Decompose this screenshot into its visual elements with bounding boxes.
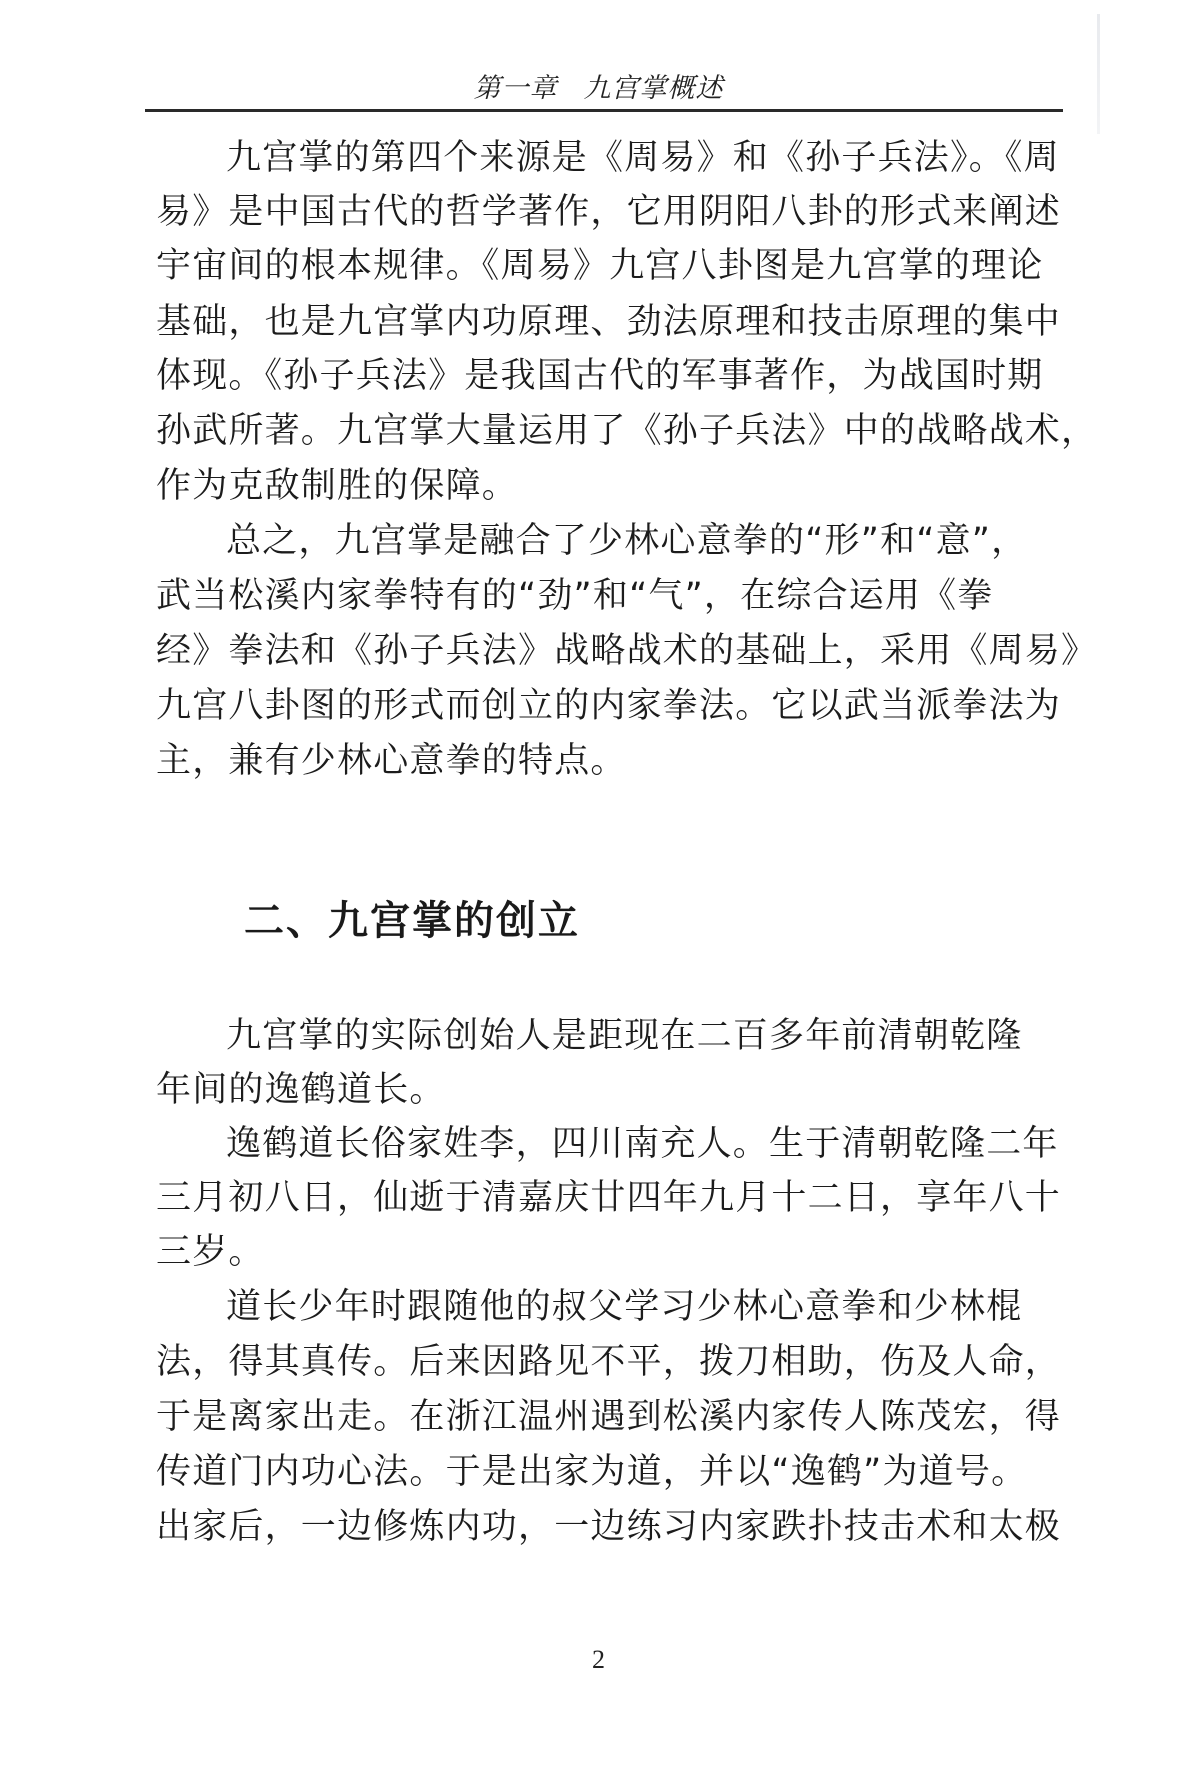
text-line: 作为克敌制胜的保障。 bbox=[156, 466, 1066, 506]
text-line: 经》拳法和《孙子兵法》战略战术的基础上，采用《周易》 bbox=[156, 631, 1066, 671]
text-line: 孙武所著。九宫掌大量运用了《孙子兵法》中的战略战术， bbox=[156, 411, 1066, 451]
chapter-number: 第一章 bbox=[474, 73, 558, 104]
chapter-title: 九宫掌概述 bbox=[584, 73, 724, 104]
text-line: 九宫八卦图的形式而创立的内家拳法。它以武当派拳法为 bbox=[156, 686, 1066, 726]
section-heading: 二、九宫掌的创立 bbox=[244, 898, 580, 944]
text-line: 宇宙间的根本规律。《周易》九宫八卦图是九宫掌的理论 bbox=[156, 246, 1066, 286]
text-line: 于是离家出走。在浙江温州遇到松溪内家传人陈茂宏，得 bbox=[156, 1397, 1066, 1437]
text-line: 传道门内功心法。于是出家为道，并以“逸鹤”为道号。 bbox=[156, 1452, 1066, 1492]
running-header: 第一章九宫掌概述 bbox=[0, 66, 1197, 105]
text-line: 基础，也是九宫掌内功原理、劲法原理和技击原理的集中 bbox=[156, 302, 1066, 342]
text-line: 年间的逸鹤道长。 bbox=[156, 1070, 1066, 1110]
text-line: 道长少年时跟随他的叔父学习少林心意拳和少林棍 bbox=[226, 1287, 1136, 1327]
text-line: 易》是中国古代的哲学著作，它用阴阳八卦的形式来阐述 bbox=[156, 192, 1066, 232]
text-line: 法，得其真传。后来因路见不平，拨刀相助，伤及人命， bbox=[156, 1342, 1066, 1382]
text-line: 九宫掌的第四个来源是《周易》和《孙子兵法》。《周 bbox=[226, 138, 1136, 178]
book-page: 第一章九宫掌概述 九宫掌的第四个来源是《周易》和《孙子兵法》。《周 易》是中国古… bbox=[0, 0, 1197, 1787]
text-line: 总之，九宫掌是融合了少林心意拳的“形”和“意”， bbox=[226, 521, 1136, 561]
text-line: 体现。《孙子兵法》是我国古代的军事著作，为战国时期 bbox=[156, 356, 1066, 396]
text-line: 武当松溪内家拳特有的“劲”和“气”，在综合运用《拳 bbox=[156, 576, 1066, 616]
text-line: 逸鹤道长俗家姓李，四川南充人。生于清朝乾隆二年 bbox=[226, 1124, 1136, 1164]
text-line: 主，兼有少林心意拳的特点。 bbox=[156, 741, 1066, 781]
text-line: 三月初八日，仙逝于清嘉庆廿四年九月十二日，享年八十 bbox=[156, 1178, 1066, 1218]
text-line: 九宫掌的实际创始人是距现在二百多年前清朝乾隆 bbox=[226, 1016, 1136, 1056]
text-line: 三岁。 bbox=[156, 1232, 1066, 1272]
text-line: 出家后，一边修炼内功，一边练习内家跌扑技击术和太极 bbox=[156, 1507, 1066, 1547]
page-number: 2 bbox=[0, 1645, 1197, 1675]
header-rule bbox=[145, 109, 1063, 112]
